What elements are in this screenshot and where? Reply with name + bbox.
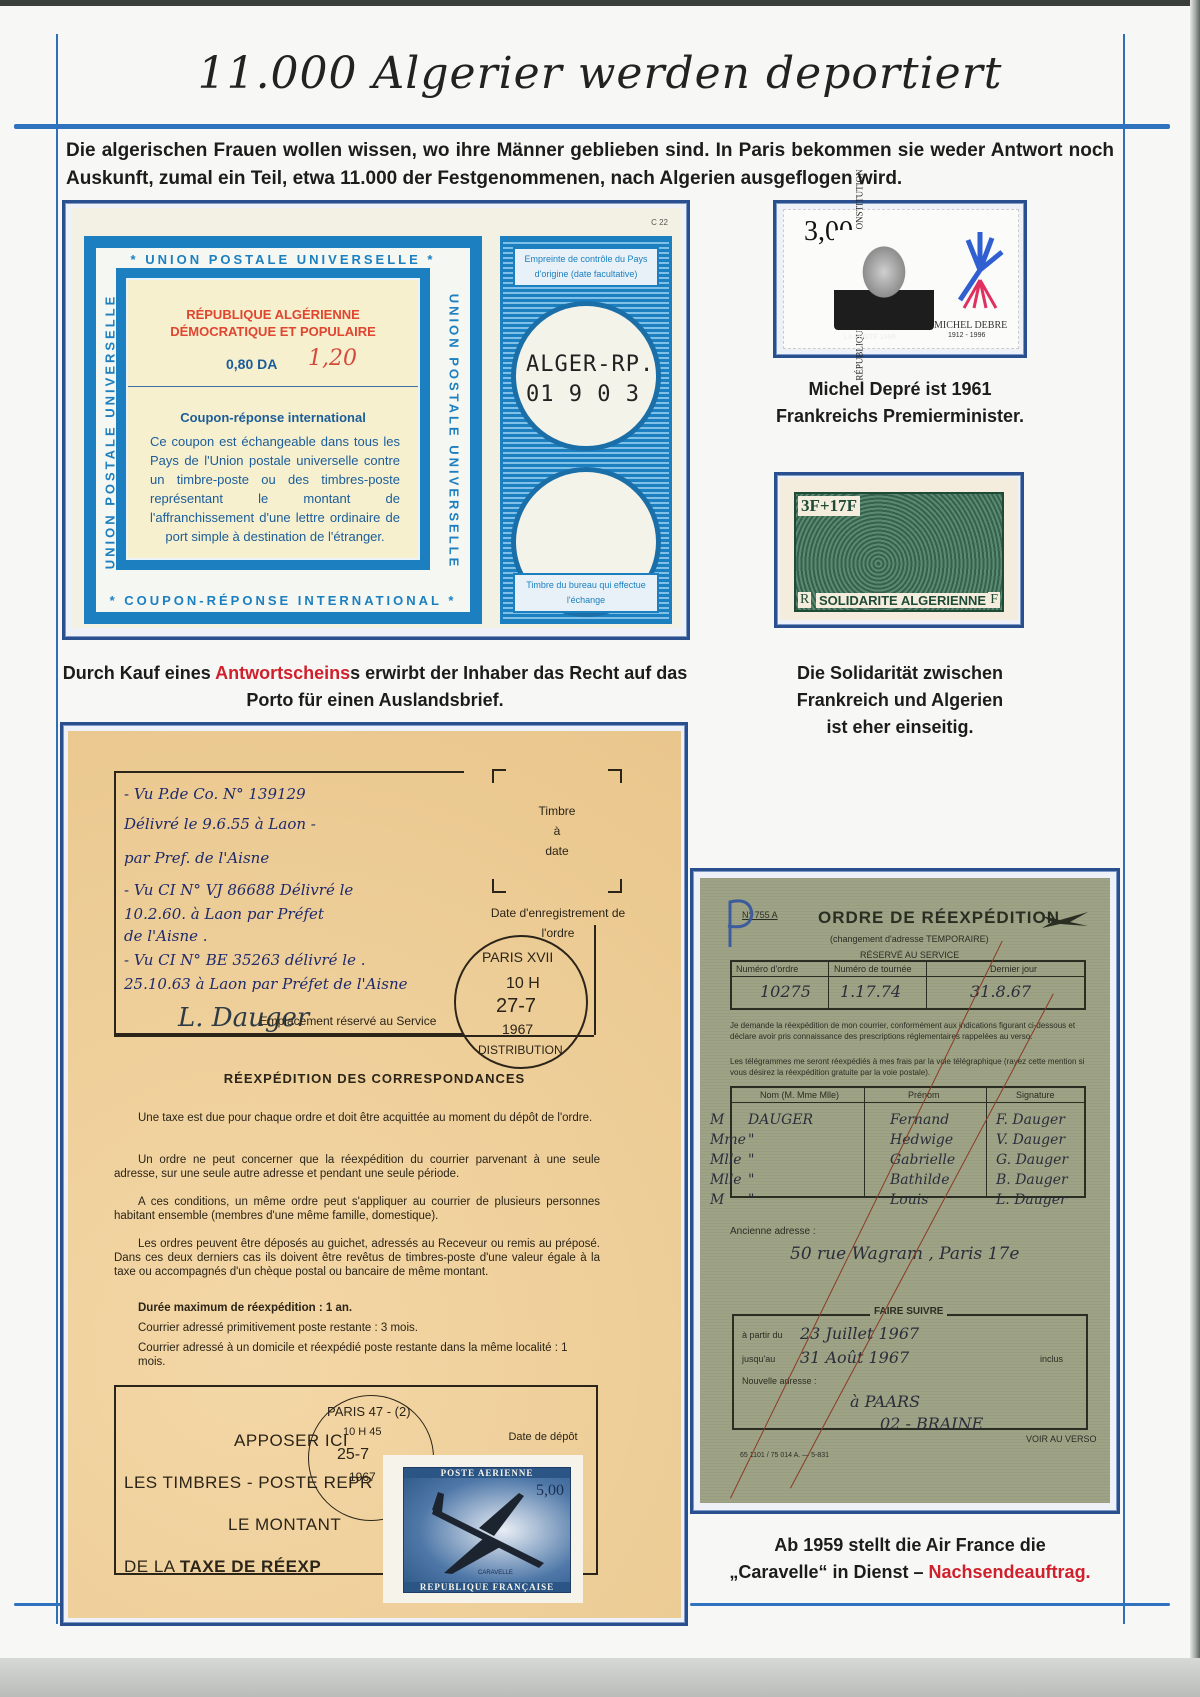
order-subtitle: (changement d'adresse TEMPORAIRE) bbox=[830, 934, 989, 944]
person-sig: L. Dauger bbox=[996, 1192, 1067, 1208]
person-sig: F. Dauger bbox=[996, 1112, 1065, 1128]
blue-crayon-mark-icon bbox=[710, 892, 770, 952]
caravelle-stamp: POSTE AERIENNE 5,00 CARAVELLE REPUBLIQUE… bbox=[383, 1455, 583, 1603]
debre-stamp-years: 1912 - 1996 bbox=[948, 332, 985, 339]
handwriting-box bbox=[114, 771, 464, 1035]
person-title: Mme bbox=[710, 1132, 746, 1148]
caravelle-stamp-bottom: REPUBLIQUE FRANÇAISE bbox=[404, 1582, 570, 1592]
solidarite-caption: Die Solidarität zwischen Frankreich und … bbox=[760, 660, 1040, 741]
intro-text: Die algerischen Frauen wollen wissen, wo… bbox=[66, 137, 1114, 193]
person-title: Mlle bbox=[710, 1152, 742, 1168]
person-name: DAUGER bbox=[748, 1112, 813, 1128]
debre-stamp: 3,00 RÉPUBLIQUE FRANÇAISE 1958-LA CONSTI… bbox=[783, 209, 1019, 349]
caravelle-caption-highlight: Nachsendeauftrag. bbox=[929, 1562, 1091, 1582]
coupon-code: C 22 bbox=[651, 218, 668, 227]
debre-caption: Michel Depré ist 1961 Frankreichs Premie… bbox=[760, 376, 1040, 430]
debre-stamp-name: MICHEL DEBRE bbox=[934, 320, 1007, 331]
solidarite-stamp-label: SOLIDARITE ALGERIENNE bbox=[816, 593, 989, 608]
service-label: Emplacement réservé au Service bbox=[228, 1011, 468, 1031]
max-duration: Durée maximum de réexpédition : 1 an. bbox=[138, 1301, 598, 1315]
scan-bottom-edge bbox=[0, 1658, 1200, 1697]
bottom-rule-left bbox=[14, 1603, 64, 1606]
coupon-postmark-circle: ALGER-RP.01 9 0 3 bbox=[511, 301, 661, 451]
coupon-exchange-box: Timbre du bureau qui effectue l'échange bbox=[513, 573, 659, 613]
person-name: " bbox=[748, 1132, 754, 1148]
timbre-label: Timbre à date bbox=[492, 801, 622, 861]
person-sig: B. Dauger bbox=[996, 1172, 1068, 1188]
old-address: 50 rue Wagram , Paris 17e bbox=[790, 1244, 1019, 1264]
reply-coupon: C 22 * UNION POSTALE UNIVERSELLE * * COU… bbox=[72, 208, 682, 628]
coupon-price: 0,80 DA bbox=[226, 356, 277, 372]
coupon-side-panel: Empreinte de contrôle du Pays d'origine … bbox=[500, 236, 672, 624]
coupon-caption-highlight: Antwortscheins bbox=[215, 663, 350, 683]
coupon-body: Ce coupon est échangeable dans tous les … bbox=[150, 432, 400, 546]
deposit-date-label: Date de dépôt bbox=[488, 1427, 598, 1447]
person-first: Gabrielle bbox=[890, 1152, 955, 1168]
coupon-handwritten-price: 1,20 bbox=[308, 346, 357, 371]
page-title: 11.000 Algerier werden deportiert bbox=[0, 48, 1200, 99]
coupon-header-bottom: * COUPON-RÉPONSE INTERNATIONAL * bbox=[96, 593, 470, 608]
caravelle-stamp-value: 5,00 bbox=[536, 1482, 564, 1500]
reexpedition-heading: RÉEXPÉDITION DES CORRESPONDANCES bbox=[68, 1071, 681, 1086]
postmark-paris-xvii: PARIS XVII 10 H 27-7 1967 DISTRIBUTION bbox=[454, 935, 588, 1069]
person-first: Hedwige bbox=[890, 1132, 953, 1148]
person-name: " bbox=[748, 1192, 754, 1208]
coupon-caption: Durch Kauf eines Antwortscheinss erwirbt… bbox=[60, 660, 690, 714]
person-title: M bbox=[710, 1192, 724, 1208]
bottom-rule bbox=[690, 1603, 1170, 1606]
person-name: " bbox=[748, 1152, 754, 1168]
coupon-header-top: * UNION POSTALE UNIVERSELLE * bbox=[96, 252, 470, 267]
coupon-postmark-line1: ALGER-RP. bbox=[526, 350, 654, 380]
solidarite-stamp-value: 3F+17F bbox=[798, 496, 860, 516]
reexpedition-card: - Vu P.de Co. N° 139129 Délivré le 9.6.5… bbox=[68, 731, 681, 1618]
tricolor-flame-icon bbox=[950, 230, 1010, 310]
caravelle-caption: Ab 1959 stellt die Air France die „Carav… bbox=[700, 1532, 1120, 1586]
order-title: ORDRE DE RÉEXPÉDITION bbox=[818, 908, 1060, 928]
order-card: N° 755 A ORDRE DE RÉEXPÉDITION (changeme… bbox=[700, 878, 1110, 1503]
scan-right-edge bbox=[1190, 0, 1200, 1697]
person-name: " bbox=[748, 1172, 754, 1188]
person-title: Mlle bbox=[710, 1172, 742, 1188]
person-sig: V. Dauger bbox=[996, 1132, 1065, 1148]
person-first: Fernand bbox=[890, 1112, 949, 1128]
post-bird-logo-icon bbox=[1040, 908, 1090, 930]
coupon-country-line1: RÉPUBLIQUE ALGÉRIENNE bbox=[128, 306, 418, 323]
debre-portrait bbox=[834, 230, 934, 330]
person-first: Bathilde bbox=[890, 1172, 949, 1188]
coupon-postmark-line2: 01 9 0 3 bbox=[526, 380, 654, 410]
title-underline bbox=[14, 124, 1170, 129]
coupon-country-line2: DÉMOCRATIQUE ET POPULAIRE bbox=[128, 323, 418, 340]
caravelle-stamp-top: POSTE AERIENNE bbox=[404, 1468, 570, 1478]
person-title: M bbox=[710, 1112, 724, 1128]
solidarite-stamp: 3F+17F R SOLIDARITE ALGERIENNE F bbox=[780, 478, 1018, 620]
left-margin-line bbox=[56, 34, 58, 1624]
airplane-icon bbox=[424, 1488, 554, 1578]
coupon-subtitle: Coupon-réponse international bbox=[128, 410, 418, 425]
debre-stamp-imprint: LA POSTE 1998 bbox=[844, 334, 895, 341]
coupon-side-right: UNION POSTALE UNIVERSELLE bbox=[447, 252, 462, 612]
coupon-control-box: Empreinte de contrôle du Pays d'origine … bbox=[513, 247, 659, 287]
person-sig: G. Dauger bbox=[996, 1152, 1068, 1168]
right-margin-line bbox=[1123, 34, 1125, 1624]
person-first: Louis bbox=[890, 1192, 928, 1208]
